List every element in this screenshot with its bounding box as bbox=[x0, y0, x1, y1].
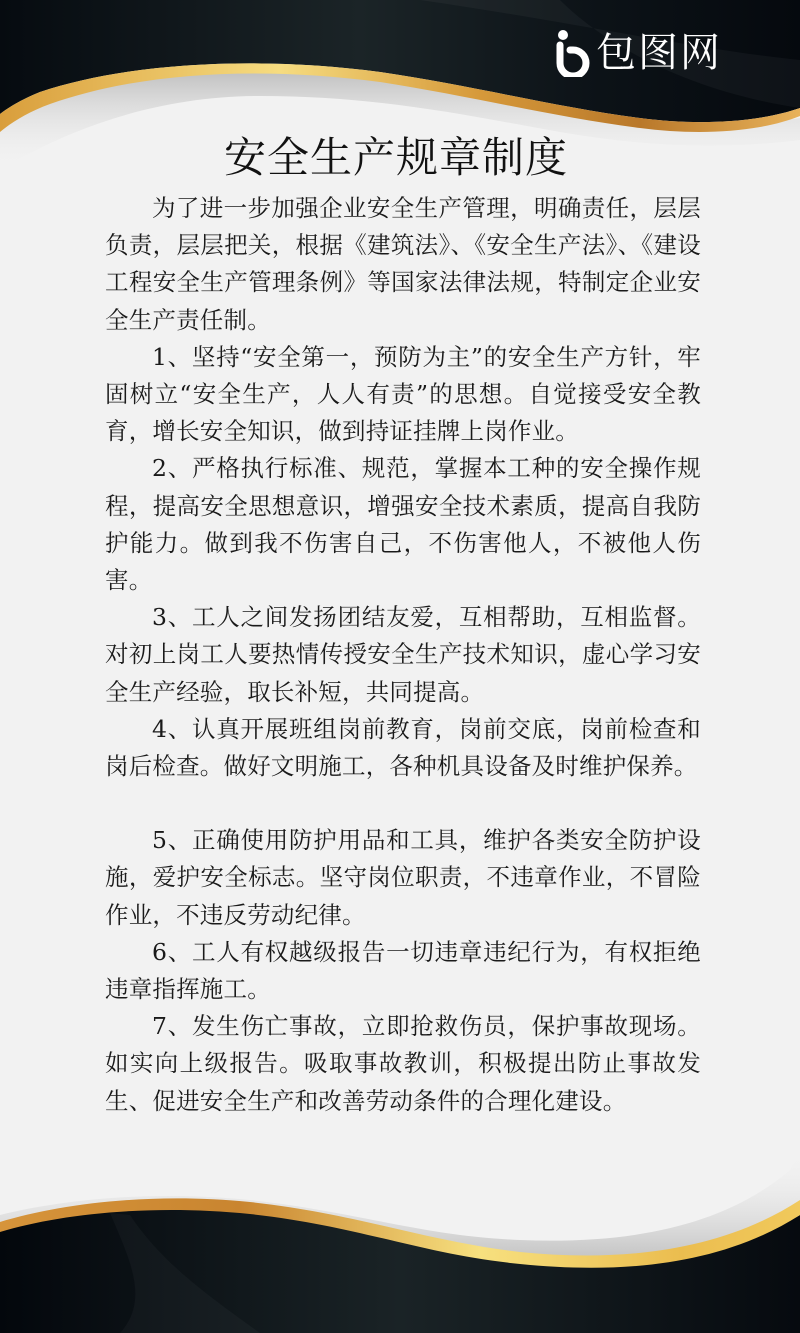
rule-item-4: 4、认真开展班组岗前教育，岗前交底，岗前检查和岗后检查。做好文明施工，各种机具设… bbox=[105, 711, 701, 785]
rule-item-6: 6、工人有权越级报告一切违章违纪行为，有权拒绝违章指挥施工。 bbox=[105, 934, 701, 1008]
rule-item-2: 2、严格执行标准、规范，掌握本工种的安全操作规程，提高安全思想意识，增强安全技术… bbox=[105, 450, 701, 599]
rule-item-3: 3、工人之间发扬团结友爱，互相帮助，互相监督。对初上岗工人要热情传授安全生产技术… bbox=[105, 599, 701, 711]
document-body: 安全生产规章制度 为了进一步加强企业安全生产管理，明确责任，层层负责，层层把关，… bbox=[105, 130, 701, 1120]
rule-item-1: 1、坚持“安全第一，预防为主”的安全生产方针，牢固树立“安全生产，人人有责”的思… bbox=[105, 339, 701, 451]
rule-item-7: 7、发生伤亡事故，立即抢救伤员，保护事故现场。如实向上级报告。吸取事故教训，积极… bbox=[105, 1008, 701, 1120]
rule-item-5: 5、正确使用防护用品和工具，维护各类安全防护设施，爱护安全标志。坚守岗位职责，不… bbox=[105, 822, 701, 934]
intro-paragraph: 为了进一步加强企业安全生产管理，明确责任，层层负责，层层把关，根据《建筑法》、《… bbox=[105, 190, 701, 339]
baotu-b-icon bbox=[556, 29, 590, 77]
page-title: 安全生产规章制度 bbox=[105, 130, 701, 186]
brand-logo: 包图网 bbox=[556, 28, 722, 78]
logo-text: 包图网 bbox=[596, 33, 722, 73]
